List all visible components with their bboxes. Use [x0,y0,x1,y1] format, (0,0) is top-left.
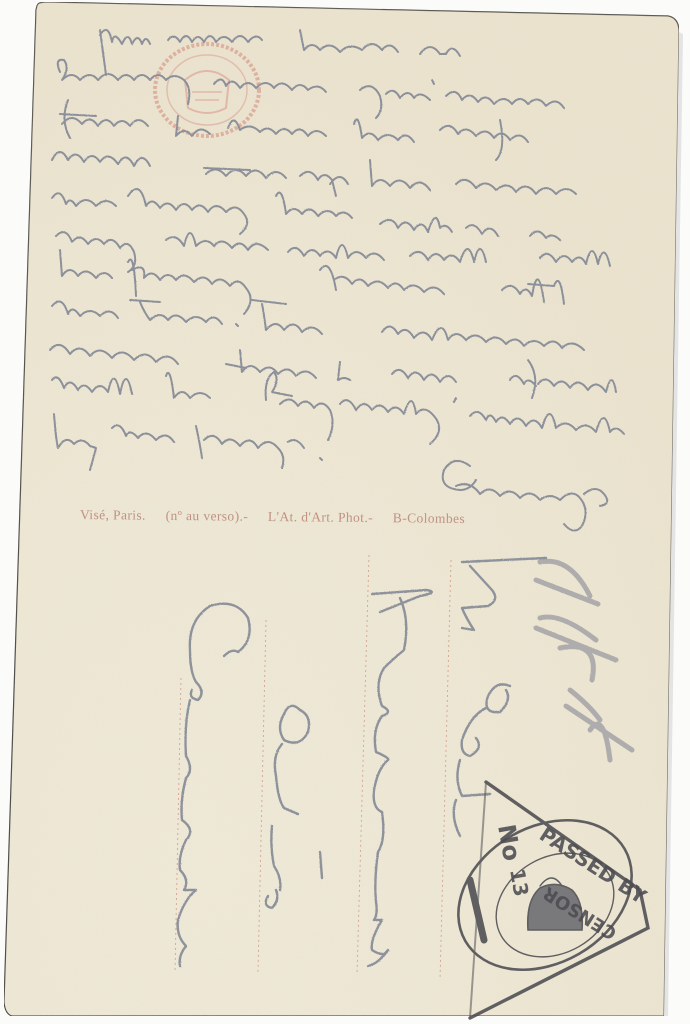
imprint-left: Visé, Paris. [80,507,146,523]
svg-text:13: 13 [505,867,533,899]
imprint-publisher: L'At. d'Art. Phot.- [268,509,373,525]
imprint-middle: (nº au verso).- [166,508,249,524]
imprint-city: B-Colombes [393,510,465,526]
